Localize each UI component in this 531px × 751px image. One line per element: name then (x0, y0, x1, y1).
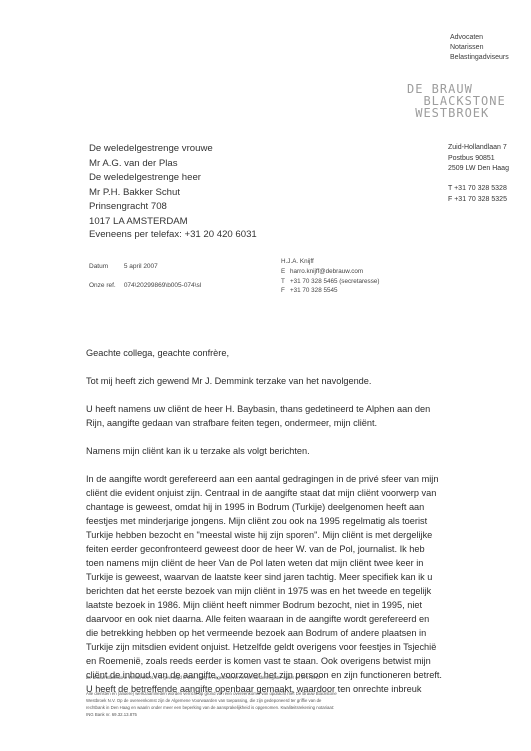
text-line: feiten eerder geconfronteerd geweest doo… (86, 542, 486, 556)
practice-area: Notarissen (450, 43, 509, 53)
text-line: U heeft namens uw cliënt de heer H. Bayb… (86, 402, 486, 416)
practice-area: Belastingadviseurs (450, 53, 509, 63)
text-line: Rijn, aangifte gedaan van strafbare feit… (86, 416, 486, 430)
addressee-line: De weledelgestrenge vrouwe (89, 142, 213, 157)
date-label: Datum (89, 257, 122, 276)
address-line: Zuid-Hollandlaan 7 (448, 143, 509, 154)
date-row: Datum 5 april 2007 (89, 257, 201, 276)
text-line: Turkije hebben bezocht en "meestal wiste… (86, 528, 486, 542)
date-value: 5 april 2007 (124, 263, 158, 270)
sender-email: harro.knijff@debrauw.com (290, 268, 363, 275)
text-line: laatste bezoek in 1986. Mijn cliënt heef… (86, 598, 486, 612)
firm-fax: F +31 70 328 5325 (448, 195, 507, 206)
phone-prefix: T (281, 277, 290, 287)
text-line: In de aangifte wordt gerefereerd aan een… (86, 472, 486, 486)
logo-line: WESTBROEK (407, 107, 506, 119)
letter-body: Geachte collega, geachte confrère, Tot m… (86, 346, 486, 710)
sender-block: H.J.A. Knijff Eharro.knijff@debrauw.com … (281, 257, 379, 296)
address-line: Postbus 90851 (448, 154, 509, 165)
text-line: Turkije zijn mitsdien evident onjuist. H… (86, 640, 486, 654)
paragraph-main: In de aangifte wordt gerefereerd aan een… (86, 472, 486, 696)
reference-value: 074\20299869\b005-074\sl (124, 282, 201, 289)
text-line: cliënt die evident onjuist zijn. Centraa… (86, 486, 486, 500)
addressee-line: Mr A.G. van der Plas (89, 157, 213, 172)
firm-logo: DE BRAUW BLACKSTONE WESTBROEK (407, 83, 506, 119)
addressee-line: De weledelgestrenge heer (89, 171, 213, 186)
firm-contact: T +31 70 328 5328 F +31 70 328 5325 (448, 184, 507, 205)
sender-fax-row: F+31 70 328 5545 (281, 286, 379, 296)
text-line: die betrekking hebben op het vermeende b… (86, 626, 486, 640)
firm-address: Zuid-Hollandlaan 7 Postbus 90851 2509 LW… (448, 143, 509, 175)
paragraph-intro: Tot mij heeft zich gewend Mr J. Demmink … (86, 374, 486, 388)
sender-name: H.J.A. Knijff (281, 257, 379, 267)
footer-terms: Alle diensten en (andere) werkzaamheden … (86, 690, 337, 718)
letter-meta: Datum 5 april 2007 Onze ref. 074\2029986… (89, 257, 201, 295)
footer-line: rechtbank in Den Haag en waarin onder me… (86, 704, 337, 711)
text-line: feestjes met minderjarige jongens. Mijn … (86, 514, 486, 528)
address-line: 2509 LW Den Haag (448, 164, 509, 175)
paragraph-complaint: U heeft namens uw cliënt de heer H. Bayb… (86, 402, 486, 430)
reference-label: Onze ref. (89, 276, 122, 295)
firm-practice-areas: Advocaten Notarissen Belastingadviseurs (450, 33, 509, 63)
fax-prefix: F (281, 286, 290, 296)
text-line: daarvoor en ook niet daarna. Alle feiten… (86, 612, 486, 626)
footer-registration: De Brauw Blackstone Westbroek N.V. is ge… (86, 675, 322, 680)
text-line: en Roemenië, zoals reeds eerder is komen… (86, 654, 486, 668)
sender-phone: +31 70 328 5465 (secretaresse) (290, 278, 379, 285)
footer-line: Alle diensten en (andere) werkzaamheden … (86, 690, 337, 697)
practice-area: Advocaten (450, 33, 509, 43)
text-line: Turkije is geweest, waarvan de laatste k… (86, 570, 486, 584)
sender-email-row: Eharro.knijff@debrauw.com (281, 267, 379, 277)
email-prefix: E (281, 267, 290, 277)
addressee-line: Mr P.H. Bakker Schut (89, 186, 213, 201)
text-line: toen namens mijn cliënt de heer Van de P… (86, 556, 486, 570)
sender-phone-row: T+31 70 328 5465 (secretaresse) (281, 277, 379, 287)
text-line: berichten dat het eerste bezoek van mijn… (86, 584, 486, 598)
reference-row: Onze ref. 074\20299869\b005-074\sl (89, 276, 201, 295)
firm-phone: T +31 70 328 5328 (448, 184, 507, 195)
paragraph-transition: Namens mijn cliënt kan ik u terzake als … (86, 444, 486, 458)
text-line: chantage is geweest, omdat hij in 1995 i… (86, 500, 486, 514)
addressee-line: 1017 LA AMSTERDAM (89, 215, 213, 230)
addressee-block: De weledelgestrenge vrouwe Mr A.G. van d… (89, 142, 213, 230)
footer-line: Westbroek N.V. Op de overeenkomst zijn d… (86, 697, 337, 704)
sender-fax: +31 70 328 5545 (290, 287, 337, 294)
addressee-line: Prinsengracht 708 (89, 200, 213, 215)
salutation: Geachte collega, geachte confrère, (86, 346, 486, 360)
fax-notice: Eveneens per telefax: +31 20 420 6031 (89, 229, 257, 240)
footer-line: ING Bank nr. 69.32.13.875 (86, 711, 337, 718)
